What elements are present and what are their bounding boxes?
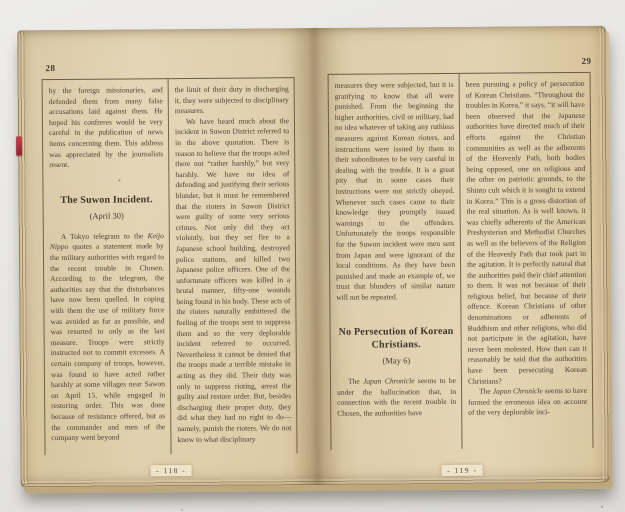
red-binding-thread (16, 136, 22, 155)
text-columns-left: by the foreign missionaries, and defende… (42, 78, 298, 455)
section-date: (April 30) (50, 210, 164, 221)
page-number-left: 28 (45, 63, 55, 73)
folio-row-right: - 119 - (331, 459, 594, 479)
open-book: 28 by the foreign missionaries, and defe… (17, 26, 610, 488)
section-date: (May 6) (337, 355, 456, 367)
body-paragraph: The Japan Chronicle seems to be under th… (337, 376, 456, 419)
text-column: by the foreign missionaries, and defende… (42, 79, 171, 455)
fore-edge-left (17, 32, 28, 484)
folio-label-left: - 118 - (151, 465, 191, 476)
section-heading: The Suwon Incident. (52, 194, 162, 207)
photo-background: 28 by the foreign missionaries, and defe… (0, 0, 625, 512)
text-column: measures they were subjected, but it is … (328, 74, 462, 450)
body-paragraph: The Japan Chronicle seems to have formed… (468, 386, 587, 419)
text-columns-right: measures they were subjected, but it is … (328, 73, 594, 450)
page-number-right: 29 (549, 56, 591, 66)
body-paragraph: been pursuing a policy of persecution of… (466, 79, 587, 387)
body-paragraph: measures they were subjected, but it is … (335, 80, 456, 303)
folio-row-left: - 118 - (45, 459, 298, 479)
text-column: the limit of their duty in discharging i… (168, 78, 298, 454)
section-heading: No Persecution of Korean Christians. (339, 326, 454, 352)
body-paragraph: by the foreign missionaries, and defende… (49, 85, 164, 171)
text-column: been pursuing a policy of persecution of… (459, 73, 594, 449)
book-spread: 28 by the foreign missionaries, and defe… (17, 26, 610, 488)
folio-label-right: - 119 - (442, 465, 482, 476)
body-paragraph: the limit of their duty in discharging i… (175, 84, 289, 117)
body-paragraph: We have heard much about the incident in… (175, 116, 292, 445)
body-paragraph: A Tokyo telegram to the Keijo Nippo quot… (50, 231, 166, 444)
